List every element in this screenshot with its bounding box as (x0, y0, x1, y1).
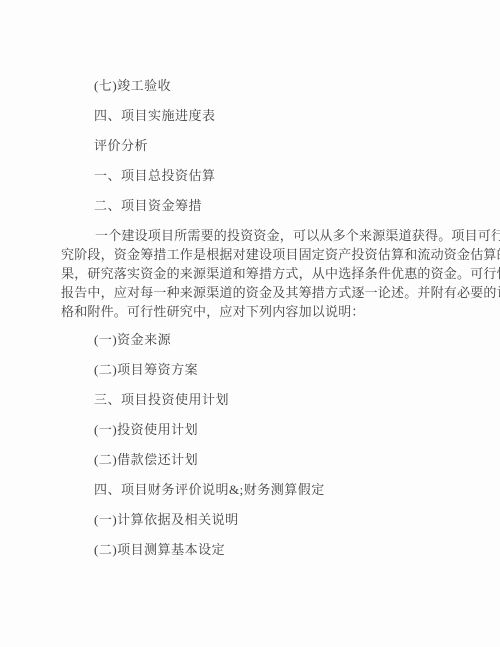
outline-item-fund-raising: 二、项目资金筹措 (61, 196, 440, 216)
body-paragraph: 一个建设项目所需要的投资资金，可以从多个来源渠道获得。项目可行性研 究阶段，资金… (61, 226, 440, 321)
paragraph-line: 果，研究落实资金的来源渠道和筹措方式，从中选择条件优惠的资金。可行性研究 (61, 264, 440, 283)
outline-item-evaluation-analysis: 评价分析 (61, 136, 440, 156)
outline-item-investment-use-plan-section: 三、项目投资使用计划 (61, 390, 440, 410)
outline-item-completion-acceptance: (七)竣工验收 (61, 76, 440, 96)
paragraph-line: 一个建设项目所需要的投资资金，可以从多个来源渠道获得。项目可行性研 (61, 226, 440, 245)
paragraph-line: 报告中，应对每一种来源渠道的资金及其筹措方式逐一论述。并附有必要的计算表 (61, 283, 440, 302)
outline-item-calculation-basis: (一)计算依据及相关说明 (61, 510, 440, 530)
outline-item-financial-evaluation: 四、项目财务评价说明&;财务测算假定 (61, 480, 440, 500)
outline-item-financing-plan: (二)项目筹资方案 (61, 360, 440, 380)
outline-item-implementation-schedule: 四、项目实施进度表 (61, 106, 440, 126)
outline-item-total-investment-estimate: 一、项目总投资估算 (61, 166, 440, 186)
outline-item-loan-repayment-plan: (二)借款偿还计划 (61, 450, 440, 470)
paragraph-line: 究阶段，资金筹措工作是根据对建设项目固定资产投资估算和流动资金估算的结 (61, 245, 440, 264)
paragraph-line: 格和附件。可行性研究中，应对下列内容加以说明： (61, 302, 440, 321)
document-page: (七)竣工验收 四、项目实施进度表 评价分析 一、项目总投资估算 二、项目资金筹… (0, 0, 500, 647)
outline-item-basic-assumptions: (二)项目测算基本设定 (61, 540, 440, 560)
outline-item-fund-sources: (一)资金来源 (61, 330, 440, 350)
outline-item-investment-use-plan: (一)投资使用计划 (61, 420, 440, 440)
